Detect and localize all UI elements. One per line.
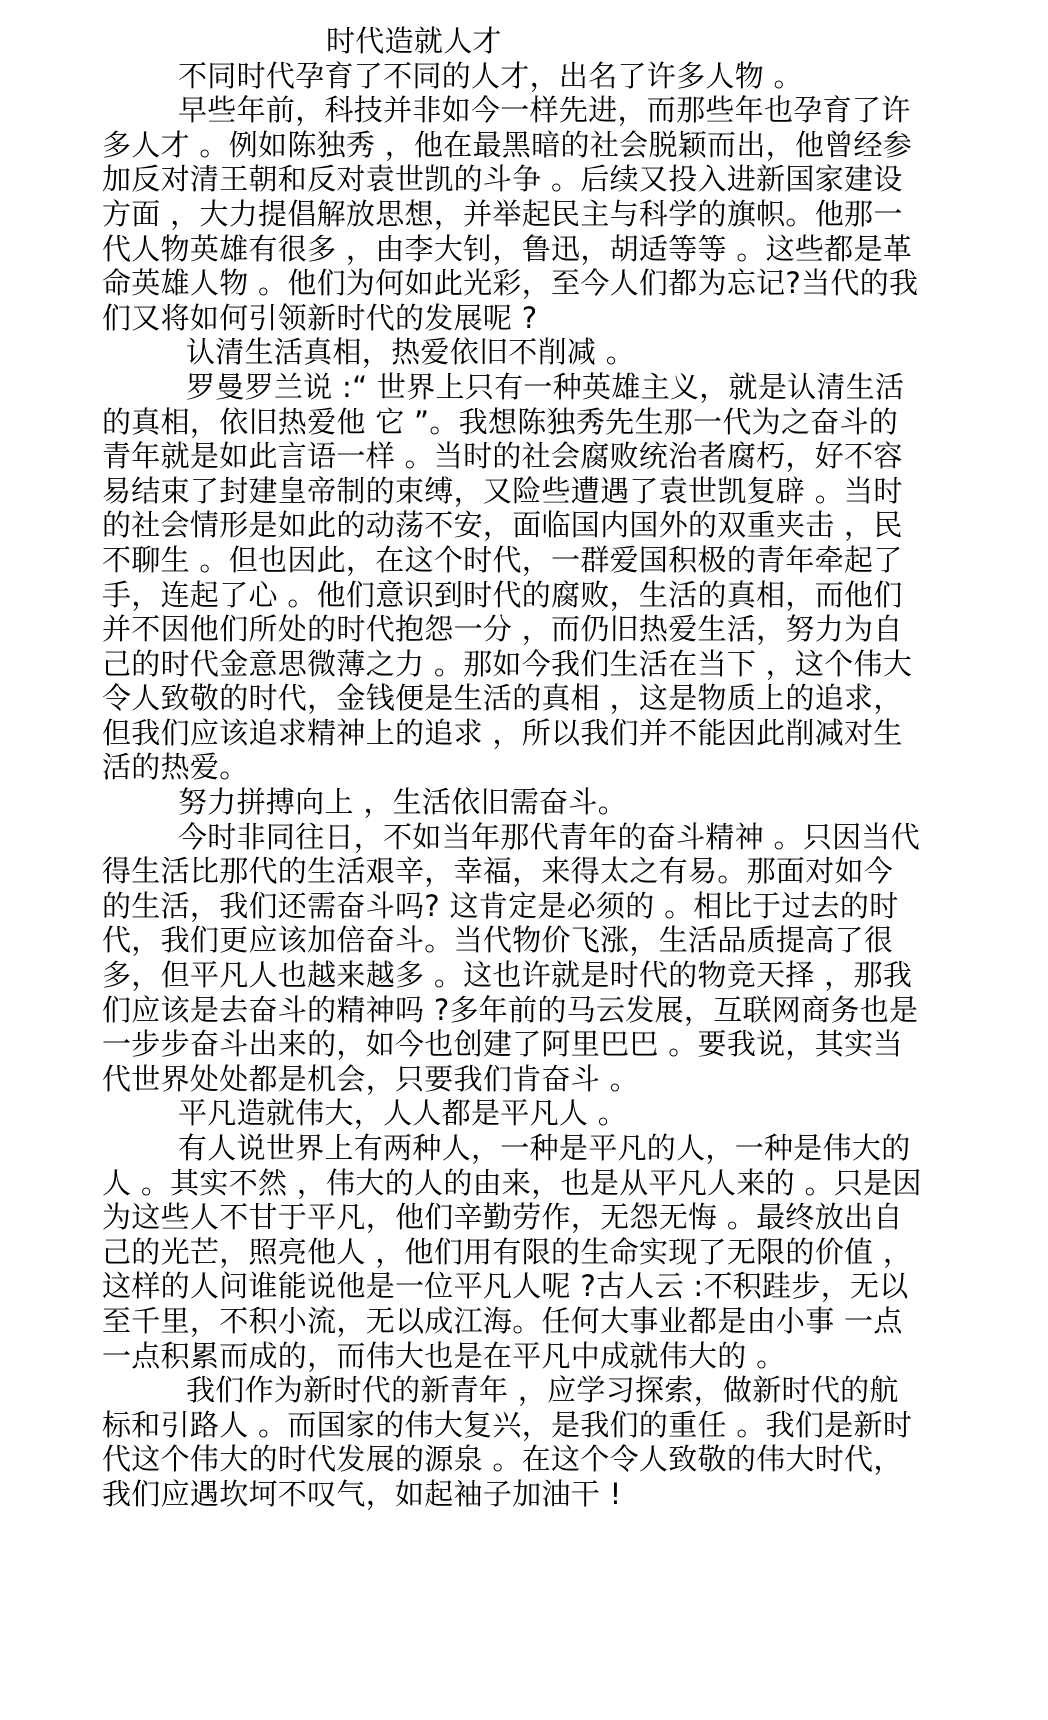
text-line: 代这个伟大的时代发展的源泉 。在这个令人致敬的伟大时代， — [102, 1442, 992, 1477]
text-line: 易结束了封建皇帝制的束缚，又险些遭遇了袁世凯复辟 。当时 — [102, 474, 992, 509]
subheading-line: 认清生活真相，热爱依旧不削减 。 — [102, 335, 992, 370]
text-line: 并不因他们所处的时代抱怨一分 ，而仍旧热爱生活，努力为自 — [102, 612, 992, 647]
text-line: 方面 ，大力提倡解放思想，并举起民主与科学的旗帜。他那一 — [102, 197, 992, 232]
text-line: 一步步奋斗出来的，如今也创建了阿里巴巴 。要我说，其实当 — [102, 1027, 992, 1062]
text-line: 为这些人不甘于平凡，他们辛勤劳作，无怨无悔 。最终放出自 — [102, 1200, 992, 1235]
text-line: 青年就是如此言语一样 。当时的社会腐败统治者腐朽，好不容 — [102, 439, 992, 474]
text-line: 人 。其实不然 ，伟大的人的由来，也是从平凡人来的 。只是因 — [102, 1166, 992, 1201]
text-line: 不聊生 。但也因此，在这个时代，一群爱国积极的青年牵起了 — [102, 543, 992, 578]
subheading-paragraph: 认清生活真相，热爱依旧不削减 。 — [102, 335, 992, 370]
text-line: 的生活，我们还需奋斗吗? 这肯定是必须的 。相比于过去的时 — [102, 889, 992, 924]
text-line: 代世界处处都是机会，只要我们肯奋斗 。 — [102, 1062, 992, 1097]
text-line: 我们应遇坎坷不叹气，如起袖子加油干 ! — [102, 1477, 992, 1512]
conclusion-paragraph: 我们作为新时代的新青年 ，应学习探索，做新时代的航 标和引路人 。而国家的伟大复… — [102, 1373, 992, 1511]
subheading-line: 平凡造就伟大，人人都是平凡人 。 — [102, 1096, 992, 1131]
text-line: 有人说世界上有两种人，一种是平凡的人，一种是伟大的 — [102, 1131, 992, 1166]
text-line: 代，我们更应该加倍奋斗。当代物价飞涨，生活品质提高了很 — [102, 923, 992, 958]
text-line: 早些年前，科技并非如今一样先进，而那些年也孕育了许 — [102, 93, 992, 128]
body-paragraph: 罗曼罗兰说 :“ 世界上只有一种英雄主义，就是认清生活 的真相，依旧热爱他 它 … — [102, 370, 992, 785]
text-line: 手，连起了心 。他们意识到时代的腐败，生活的真相，而他们 — [102, 578, 992, 613]
intro-paragraph: 不同时代孕育了不同的人才，出名了许多人物 。 — [102, 59, 992, 94]
text-line: 加反对清王朝和反对袁世凯的斗争 。后续又投入进新国家建设 — [102, 162, 992, 197]
text-line: 己的时代金意思微薄之力 。那如今我们生活在当下 ，这个伟大 — [102, 647, 992, 682]
text-line: 标和引路人 。而国家的伟大复兴，是我们的重任 。我们是新时 — [102, 1408, 992, 1443]
text-line: 己的光芒，照亮他人 ，他们用有限的生命实现了无限的价值 ， — [102, 1235, 992, 1270]
text-line: 至千里，不积小流，无以成江海。任何大事业都是由小事 一点 — [102, 1304, 992, 1339]
body-paragraph: 早些年前，科技并非如今一样先进，而那些年也孕育了许 多人才 。例如陈独秀 ，他在… — [102, 93, 992, 335]
text-line: 令人致敬的时代，金钱便是生活的真相 ，这是物质上的追求， — [102, 681, 992, 716]
text-line: 的真相，依旧热爱他 它 ”。我想陈独秀先生那一代为之奋斗的 — [102, 405, 992, 440]
text-line: 今时非同往日，不如当年那代青年的奋斗精神 。只因当代 — [102, 820, 992, 855]
text-line: 们又将如何引领新时代的发展呢 ? — [102, 301, 992, 336]
text-line: 活的热爱。 — [102, 750, 992, 785]
text-line: 罗曼罗兰说 :“ 世界上只有一种英雄主义，就是认清生活 — [102, 370, 992, 405]
text-line: 的社会情形是如此的动荡不安，面临国内国外的双重夹击 ，民 — [102, 508, 992, 543]
text-line: 得生活比那代的生活艰辛，幸福，来得太之有易。那面对如今 — [102, 854, 992, 889]
subheading-paragraph: 平凡造就伟大，人人都是平凡人 。 — [102, 1096, 992, 1131]
body-paragraph: 有人说世界上有两种人，一种是平凡的人，一种是伟大的 人 。其实不然 ，伟大的人的… — [102, 1131, 992, 1373]
text-line: 这样的人问谁能说他是一位平凡人呢 ?古人云 :不积跬步，无以 — [102, 1269, 992, 1304]
text-line: 多人才 。例如陈独秀 ，他在最黑暗的社会脱颖而出，他曾经参 — [102, 128, 992, 163]
text-line: 我们作为新时代的新青年 ，应学习探索，做新时代的航 — [102, 1373, 992, 1408]
text-line: 一点积累而成的，而伟大也是在平凡中成就伟大的 。 — [102, 1339, 992, 1374]
text-line: 们应该是去奋斗的精神吗 ?多年前的马云发展，互联网商务也是 — [102, 993, 992, 1028]
essay-title: 时代造就人才 — [102, 24, 992, 59]
subheading-line: 努力拼搏向上 ，生活依旧需奋斗。 — [102, 785, 992, 820]
text-line: 命英雄人物 。他们为何如此光彩，至今人们都为忘记?当代的我 — [102, 266, 992, 301]
subheading-paragraph: 努力拼搏向上 ，生活依旧需奋斗。 — [102, 785, 992, 820]
text-line: 多，但平凡人也越来越多 。这也许就是时代的物竞天择 ，那我 — [102, 958, 992, 993]
text-line: 代人物英雄有很多 ，由李大钊，鲁迅，胡适等等 。这些都是革 — [102, 232, 992, 267]
body-paragraph: 今时非同往日，不如当年那代青年的奋斗精神 。只因当代 得生活比那代的生活艰辛，幸… — [102, 820, 992, 1097]
text-line: 不同时代孕育了不同的人才，出名了许多人物 。 — [102, 59, 992, 94]
essay-document: 时代造就人才 不同时代孕育了不同的人才，出名了许多人物 。 早些年前，科技并非如… — [102, 24, 992, 1512]
text-line: 但我们应该追求精神上的追求 ，所以我们并不能因此削减对生 — [102, 716, 992, 751]
